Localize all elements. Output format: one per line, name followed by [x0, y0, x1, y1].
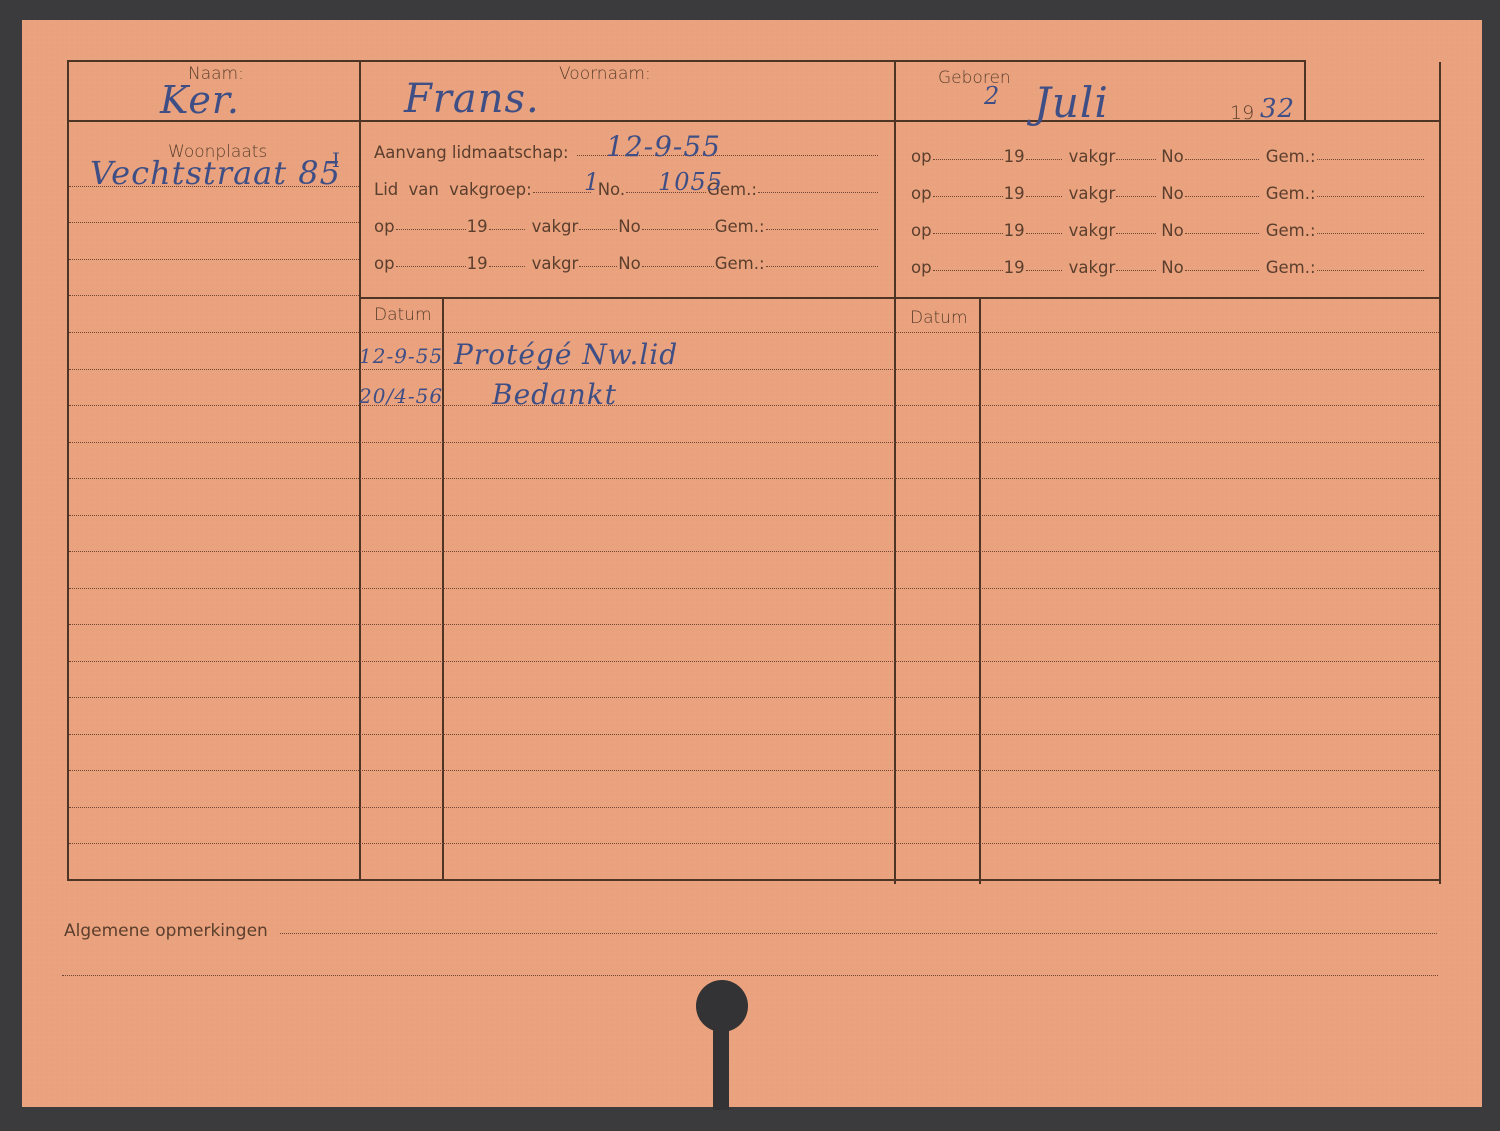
no-value[interactable]: 1055 [658, 168, 723, 196]
vakgr-field[interactable] [579, 266, 617, 267]
voornaam-value[interactable]: Frans. [404, 76, 540, 122]
transfer-row-right-3: op 19 vakgr No Gem.: [911, 221, 1425, 240]
transfer-row-right-4: op 19 vakgr No Gem.: [911, 258, 1425, 277]
datum-label-middle: Datum [374, 305, 432, 325]
gem-field[interactable] [1317, 233, 1424, 234]
membership-section-bottom-border [359, 297, 1441, 299]
history-entry-1-date[interactable]: 12-9-55 [359, 344, 443, 368]
column-divider-1 [359, 60, 361, 880]
filing-slot [713, 1020, 729, 1110]
transfer-row-right-1: op 19 vakgr No Gem.: [911, 147, 1425, 166]
lid-van-vakgroep-label: Lid van vakgroep: [374, 180, 532, 199]
algemene-opmerkingen-line-2[interactable] [62, 975, 1438, 976]
left-rule [69, 222, 359, 223]
left-border [67, 60, 69, 880]
algemene-opmerkingen-field[interactable] [280, 933, 1437, 934]
vakgroep-value[interactable]: 1 [584, 168, 600, 196]
op-field[interactable] [396, 229, 466, 230]
gem-field[interactable] [766, 266, 878, 267]
membership-card: Naam: Ker. Voornaam: Frans. Geboren 2 Ju… [22, 20, 1482, 1107]
transfer-row-middle-1: op 19 vakgr No Gem.: [374, 217, 879, 236]
aanvang-value[interactable]: 12-9-55 [606, 130, 721, 163]
vakgroep-row: Lid van vakgroep: No. Gem.: [374, 180, 879, 199]
algemene-opmerkingen-label: Algemene opmerkingen [64, 921, 268, 941]
algemene-opmerkingen-row: Algemene opmerkingen [64, 921, 1438, 941]
no-field[interactable] [1185, 270, 1259, 271]
geboren-month[interactable]: Juli [1034, 78, 1109, 127]
gem-field[interactable] [758, 192, 878, 193]
op-field[interactable] [933, 159, 1003, 160]
op-field[interactable] [933, 270, 1003, 271]
year-field[interactable] [1026, 233, 1062, 234]
op-field[interactable] [933, 196, 1003, 197]
vakgr-field[interactable] [1116, 270, 1156, 271]
column-divider-2 [894, 60, 896, 884]
aanvang-label: Aanvang lidmaatschap: [374, 143, 569, 162]
naam-value[interactable]: Ker. [160, 78, 240, 122]
vakgr-field[interactable] [1116, 233, 1156, 234]
no-field[interactable] [1185, 159, 1259, 160]
header-top-border [67, 60, 1306, 62]
no-field[interactable] [642, 266, 714, 267]
gem-field[interactable] [1317, 196, 1424, 197]
vakgr-field[interactable] [579, 229, 617, 230]
gem-field[interactable] [1317, 159, 1424, 160]
gem-field[interactable] [766, 229, 878, 230]
voornaam-label: Voornaam: [559, 64, 651, 84]
year-field[interactable] [1026, 270, 1062, 271]
grid-bottom-border [67, 879, 1441, 881]
woonplaats-floor[interactable]: I [332, 148, 341, 172]
no-field[interactable] [1185, 196, 1259, 197]
history-entry-1-text[interactable]: Protégé Nw.lid [454, 338, 678, 371]
datum-divider-right [979, 297, 981, 884]
no-label: No. [598, 180, 625, 199]
year-field[interactable] [1026, 159, 1062, 160]
year-field[interactable] [489, 229, 525, 230]
geboren-year-prefix: 19 [1230, 102, 1254, 124]
history-entry-2-date[interactable]: 20/4-56 [359, 384, 443, 408]
gem-field[interactable] [1317, 270, 1424, 271]
year-field[interactable] [1026, 196, 1062, 197]
geboren-box-right-border [1304, 60, 1306, 122]
geboren-year-suffix[interactable]: 32 [1260, 94, 1295, 124]
vakgr-field[interactable] [1116, 159, 1156, 160]
op-field[interactable] [933, 233, 1003, 234]
vakgroep-field[interactable] [533, 192, 591, 193]
transfer-row-middle-2: op 19 vakgr No Gem.: [374, 254, 879, 273]
vakgr-field[interactable] [1116, 196, 1156, 197]
transfer-row-right-2: op 19 vakgr No Gem.: [911, 184, 1425, 203]
woonplaats-value[interactable]: Vechtstraat 85 [90, 154, 341, 192]
geboren-day[interactable]: 2 [984, 82, 1000, 110]
left-rule [69, 259, 359, 260]
no-field[interactable] [642, 229, 714, 230]
datum-label-right: Datum [910, 308, 968, 328]
no-field[interactable] [1185, 233, 1259, 234]
right-border [1439, 62, 1441, 884]
history-entry-2-text[interactable]: Bedankt [492, 378, 617, 411]
left-rule [69, 295, 359, 296]
op-field[interactable] [396, 266, 466, 267]
year-field[interactable] [489, 266, 525, 267]
